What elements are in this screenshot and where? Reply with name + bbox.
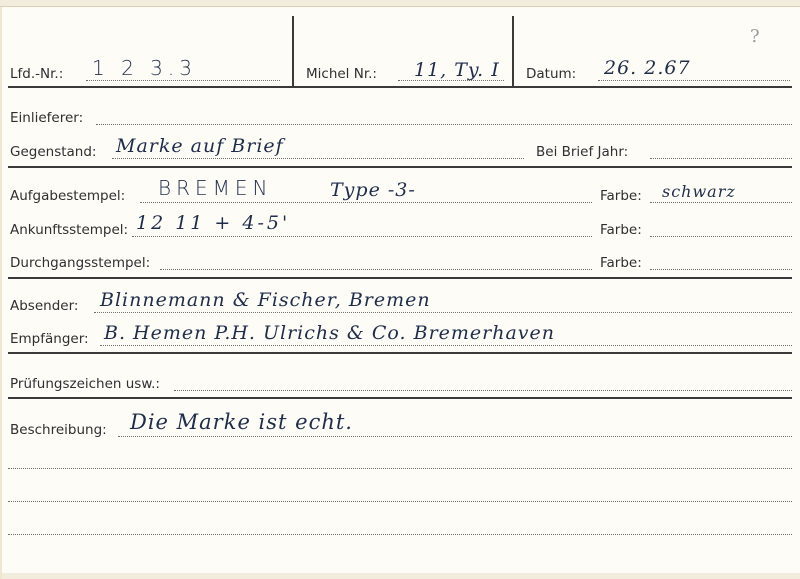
rule-4 xyxy=(8,352,792,354)
gegenstand-value[interactable]: Marke auf Brief xyxy=(116,136,284,156)
empfaenger-label: Empfänger: xyxy=(10,331,89,347)
header-divider-2 xyxy=(512,16,514,86)
michel-nr-label: Michel Nr.: xyxy=(306,66,377,82)
aufgabe-farbe-label: Farbe: xyxy=(600,188,642,204)
bei-brief-jahr-label: Bei Brief Jahr: xyxy=(536,144,628,160)
durchgang-farbe-line[interactable] xyxy=(650,269,792,270)
beschreibung-value[interactable]: Die Marke ist echt. xyxy=(130,412,353,432)
durchgangsstempel-line[interactable] xyxy=(160,269,592,270)
durchgang-farbe-label: Farbe: xyxy=(600,255,642,271)
lfd-nr-label: Lfd.-Nr.: xyxy=(10,66,63,82)
gegenstand-line xyxy=(112,158,524,159)
rule-1 xyxy=(8,86,792,88)
ankunftsstempel-label: Ankunftsstempel: xyxy=(10,222,128,238)
extra-line-1[interactable] xyxy=(8,468,792,469)
aufgabe-farbe-value[interactable]: schwarz xyxy=(662,182,736,202)
gegenstand-label: Gegenstand: xyxy=(10,144,96,160)
extra-line-3[interactable] xyxy=(8,534,792,535)
datum-value[interactable]: 26. 2.67 xyxy=(604,58,691,78)
rule-2 xyxy=(8,166,792,168)
ankunftsstempel-line xyxy=(132,236,592,237)
durchgangsstempel-label: Durchgangsstempel: xyxy=(10,255,150,271)
bei-brief-jahr-line[interactable] xyxy=(650,158,792,159)
ankunft-farbe-label: Farbe: xyxy=(600,222,642,238)
empfaenger-value[interactable]: B. Hemen P.H. Ulrichs & Co. Bremerhaven xyxy=(104,323,555,343)
aufgabestempel-value[interactable]: BREMEN xyxy=(158,178,272,198)
michel-nr-value[interactable]: 11, Ty. I xyxy=(414,60,500,80)
ankunftsstempel-value[interactable]: 12 11 + 4-5' xyxy=(136,213,290,233)
rule-5 xyxy=(8,397,792,399)
absender-value[interactable]: Blinnemann & Fischer, Bremen xyxy=(100,290,431,310)
einlieferer-label: Einlieferer: xyxy=(10,110,83,126)
record-card: ? Lfd.-Nr.: 1 2 3.3 Michel Nr.: 11, Ty. … xyxy=(0,0,800,579)
corner-question-mark: ? xyxy=(750,26,760,47)
empfaenger-line xyxy=(100,345,792,346)
card-top-edge xyxy=(0,6,800,7)
lfd-nr-value[interactable]: 1 2 3.3 xyxy=(92,58,197,78)
lfd-nr-line xyxy=(86,80,280,81)
pruefungszeichen-label: Prüfungszeichen usw.: xyxy=(10,376,160,392)
header-divider-1 xyxy=(292,16,294,86)
ankunft-farbe-line[interactable] xyxy=(650,236,792,237)
aufgabestempel-line xyxy=(140,202,592,203)
beschreibung-label: Beschreibung: xyxy=(10,422,107,438)
absender-line xyxy=(94,312,792,313)
pruefungszeichen-line[interactable] xyxy=(174,390,792,391)
rule-3 xyxy=(8,277,792,279)
aufgabestempel-type[interactable]: Type -3- xyxy=(330,180,416,200)
aufgabestempel-label: Aufgabestempel: xyxy=(10,188,125,204)
einlieferer-line[interactable] xyxy=(96,124,792,125)
aufgabe-farbe-line xyxy=(650,202,792,203)
datum-label: Datum: xyxy=(526,66,576,82)
absender-label: Absender: xyxy=(10,298,78,314)
extra-line-2[interactable] xyxy=(8,501,792,502)
datum-line xyxy=(598,80,790,81)
beschreibung-line xyxy=(118,436,792,437)
